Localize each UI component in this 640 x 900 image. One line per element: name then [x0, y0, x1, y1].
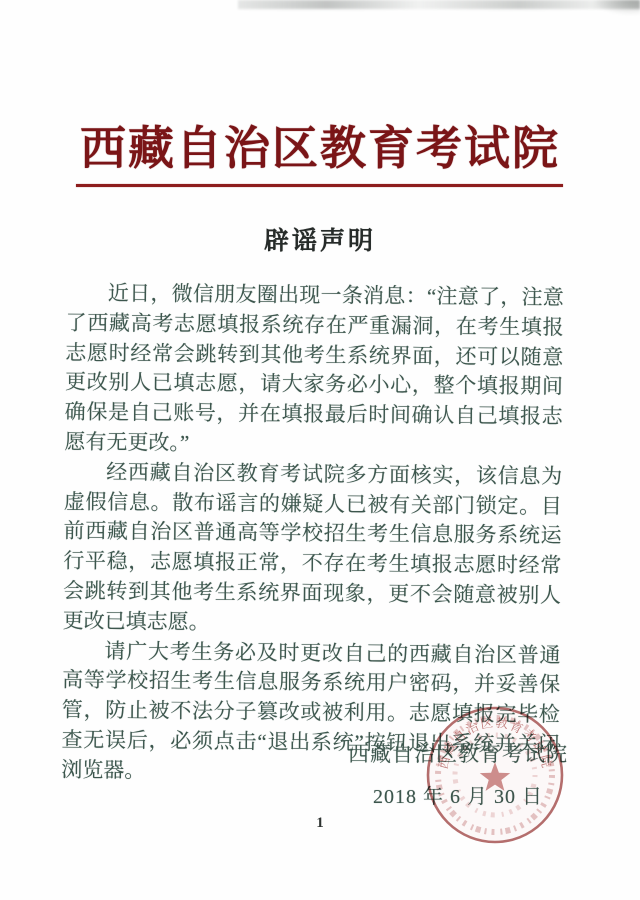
body-paragraph-2: 经西藏自治区教育考试院多方面核实，该信息为虚假信息。散布谣言的嫌疑人已被有关部门…	[63, 457, 563, 641]
signature-date: 2018 年 6 月 30 日	[348, 780, 568, 809]
scan-artifact-top	[238, 0, 640, 9]
signature-block: 西藏自治区教育考试院 2018 年 6 月 30 日	[348, 738, 568, 809]
statement-body: 近日，微信朋友圈出现一条消息：“注意了，注意了西藏高考志愿填报系统存在严重漏洞，…	[61, 279, 564, 790]
letterhead-rule	[76, 184, 563, 187]
page-number: 1	[0, 815, 640, 832]
scan-artifact-corner	[594, 0, 640, 16]
signature-organization: 西藏自治区教育考试院	[348, 738, 568, 768]
scanned-document-page: 西藏自治区教育考试院 辟谣声明 近日，微信朋友圈出现一条消息：“注意了，注意了西…	[0, 0, 640, 900]
statement-title: 辟谣声明	[0, 221, 640, 257]
letterhead-title: 西藏自治区教育考试院	[0, 112, 640, 178]
body-paragraph-1: 近日，微信朋友圈出现一条消息：“注意了，注意了西藏高考志愿填报系统存在严重漏洞，…	[64, 279, 564, 463]
